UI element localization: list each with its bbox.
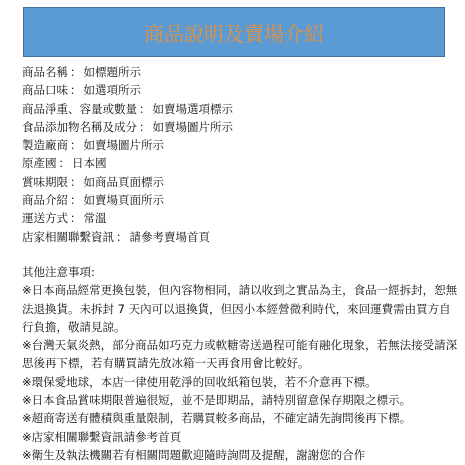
page-title: 商品說明及賣場介紹 [144,18,324,47]
spec-value: 如商品頁面標示 [84,175,165,189]
spec-row-flavor: 商品口味：如選項所示 [22,81,233,99]
spec-value: 如選項所示 [84,83,142,97]
spec-separator: ： [70,138,82,152]
spec-label: 商品介紹 [22,193,68,207]
notes-section: 其他注意事項: ※日本商品經常更換包裝，但內容物相同，請以收到之實品為主，食品一… [22,263,462,464]
spec-label: 食品添加物名稱及成分 [22,120,137,134]
note-packaging-returns: ※日本商品經常更換包裝，但內容物相同，請以收到之實品為主，食品一經拆封，恕無法退… [22,281,462,336]
spec-label: 店家相關聯繫資訊 [22,230,114,244]
spec-value: 如賣場圖片所示 [153,120,234,134]
spec-value: 如標題所示 [84,65,142,79]
spec-value: 如賣場頁面所示 [84,193,165,207]
spec-row-shipping: 運送方式：常溫 [22,209,233,227]
note-melting: ※台灣天氣炎熱，部分商品如巧克力或軟糖寄送過程可能有融化現象，若無法接受請深思後… [22,336,462,373]
spec-separator: ： [70,83,82,97]
note-contact-info: ※店家相關聯繫資訊請參考首頁 [22,428,462,446]
spec-row-product-name: 商品名稱：如標題所示 [22,63,233,81]
spec-label: 原產國 [22,156,57,170]
spec-row-origin: 原產國：日本國 [22,154,233,172]
spec-separator: ： [70,211,82,225]
spec-separator: ： [70,175,82,189]
spec-label: 運送方式 [22,211,68,225]
spec-row-net-weight: 商品淨重、容量或數量：如賣場選項標示 [22,100,233,118]
notes-list: ※日本商品經常更換包裝，但內容物相同，請以收到之實品為主，食品一經拆封，恕無法退… [22,281,462,464]
product-spec-list: 商品名稱：如標題所示 商品口味：如選項所示 商品淨重、容量或數量：如賣場選項標示… [22,63,233,246]
spec-value: 常溫 [84,211,107,225]
spec-separator: ： [70,193,82,207]
spec-label: 商品名稱 [22,65,68,79]
spec-separator: ： [70,65,82,79]
spec-row-expiry: 賞味期限：如商品頁面標示 [22,173,233,191]
spec-row-introduction: 商品介紹：如賣場頁面所示 [22,191,233,209]
note-expiry-dates: ※日本食品賞味期限普遍很短，並不是即期品，請特別留意保存期限之標示。 [22,391,462,409]
spec-row-contact: 店家相關聯繫資訊：請參考賣場首頁 [22,228,233,246]
spec-label: 商品淨重、容量或數量 [22,102,137,116]
spec-value: 如賣場圖片所示 [84,138,165,152]
note-convenience-store-shipping: ※超商寄送有體積與重量限制，若購買較多商品，不確定請先詢問後再下標。 [22,409,462,427]
spec-label: 製造廠商 [22,138,68,152]
spec-value: 如賣場選項標示 [153,102,234,116]
notes-heading: 其他注意事項: [22,263,462,281]
spec-value: 日本國 [72,156,107,170]
spec-value: 請參考賣場首頁 [130,230,211,244]
note-recycled-boxes: ※環保愛地球，本店一律使用乾淨的回收紙箱包裝，若不介意再下標。 [22,373,462,391]
spec-label: 商品口味 [22,83,68,97]
spec-separator: ： [59,156,71,170]
header-banner: 商品說明及賣場介紹 [23,7,445,57]
spec-row-manufacturer: 製造廠商：如賣場圖片所示 [22,136,233,154]
spec-separator: ： [116,230,128,244]
spec-separator: ： [139,102,151,116]
spec-row-ingredients: 食品添加物名稱及成分：如賣場圖片所示 [22,118,233,136]
spec-separator: ： [139,120,151,134]
note-authorities: ※衛生及執法機關若有相關問題歡迎隨時詢問及提醒，謝謝您的合作 [22,446,462,464]
spec-label: 賞味期限 [22,175,68,189]
